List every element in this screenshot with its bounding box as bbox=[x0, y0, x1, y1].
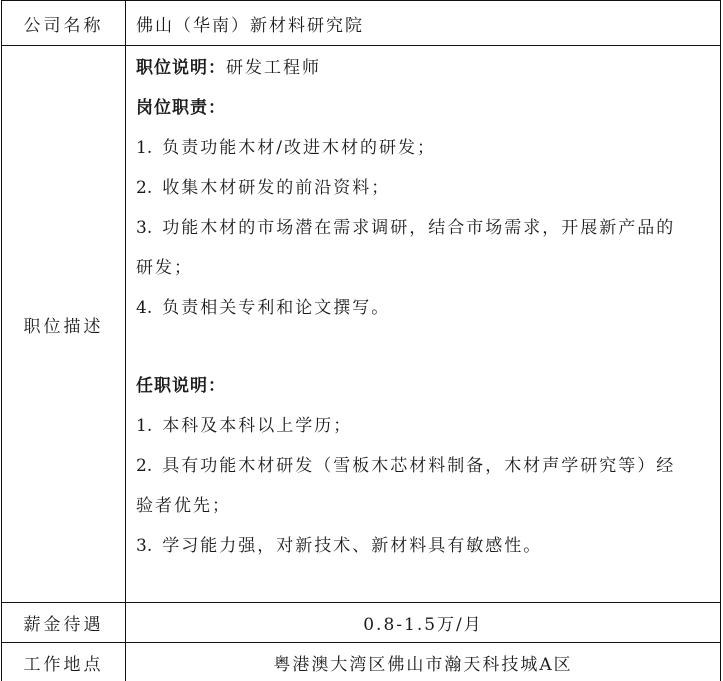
location-label: 工作地点 bbox=[2, 643, 126, 681]
duty-item-continuation: 研发； bbox=[136, 248, 712, 288]
duty-number: 3. bbox=[136, 218, 152, 238]
duty-number: 1. bbox=[136, 138, 152, 158]
requirements-heading: 任职说明： bbox=[136, 366, 712, 406]
company-label: 公司名称 bbox=[2, 1, 126, 46]
duty-text: 负责功能木材/改进木材的研发； bbox=[162, 138, 436, 158]
requirement-text: 学习能力强，对新技术、新材料具有敏感性。 bbox=[162, 536, 542, 556]
company-row: 公司名称 佛山（华南）新材料研究院 bbox=[2, 1, 721, 46]
description-label: 职位描述 bbox=[2, 46, 126, 603]
requirement-text: 具有功能木材研发（雪板木芯材料制备，木材声学研究等）经 bbox=[162, 456, 675, 476]
duty-text: 功能木材的市场潜在需求调研，结合市场需求，开展新产品的 bbox=[162, 218, 675, 238]
duty-number: 2. bbox=[136, 178, 152, 198]
company-value: 佛山（华南）新材料研究院 bbox=[126, 1, 721, 46]
salary-value: 0.8-1.5万/月 bbox=[126, 603, 721, 643]
position-title-line: 职位说明：研发工程师 bbox=[136, 48, 712, 88]
description-row: 职位描述 职位说明：研发工程师 岗位职责： 1.负责功能木材/改进木材的研发； … bbox=[2, 46, 721, 603]
duties-heading: 岗位职责： bbox=[136, 88, 712, 128]
requirement-number: 3. bbox=[136, 536, 152, 556]
salary-row: 薪金待遇 0.8-1.5万/月 bbox=[2, 603, 721, 643]
job-posting-table: 公司名称 佛山（华南）新材料研究院 职位描述 职位说明：研发工程师 岗位职责： … bbox=[1, 0, 721, 681]
description-content: 职位说明：研发工程师 岗位职责： 1.负责功能木材/改进木材的研发； 2.收集木… bbox=[126, 48, 720, 602]
salary-label: 薪金待遇 bbox=[2, 603, 126, 643]
duty-text: 收集木材研发的前沿资料； bbox=[162, 178, 390, 198]
position-title-label: 职位说明： bbox=[136, 58, 226, 78]
requirement-item: 2.具有功能木材研发（雪板木芯材料制备，木材声学研究等）经 bbox=[136, 446, 712, 486]
requirement-item-continuation: 验者优先； bbox=[136, 486, 712, 526]
duty-item: 2.收集木材研发的前沿资料； bbox=[136, 168, 712, 208]
spacer bbox=[136, 328, 712, 366]
position-title-value: 研发工程师 bbox=[226, 58, 321, 78]
location-row: 工作地点 粤港澳大湾区佛山市瀚天科技城A区 bbox=[2, 643, 721, 681]
requirement-item: 3.学习能力强，对新技术、新材料具有敏感性。 bbox=[136, 526, 712, 566]
duty-item: 4.负责相关专利和论文撰写。 bbox=[136, 288, 712, 328]
requirement-number: 1. bbox=[136, 416, 152, 436]
duty-text: 负责相关专利和论文撰写。 bbox=[162, 298, 390, 318]
location-value: 粤港澳大湾区佛山市瀚天科技城A区 bbox=[126, 643, 721, 681]
requirement-number: 2. bbox=[136, 456, 152, 476]
duty-item: 3.功能木材的市场潜在需求调研，结合市场需求，开展新产品的 bbox=[136, 208, 712, 248]
duty-number: 4. bbox=[136, 298, 152, 318]
requirement-item: 1.本科及本科以上学历； bbox=[136, 406, 712, 446]
description-cell: 职位说明：研发工程师 岗位职责： 1.负责功能木材/改进木材的研发； 2.收集木… bbox=[126, 46, 721, 603]
requirement-text: 本科及本科以上学历； bbox=[162, 416, 352, 436]
duty-item: 1.负责功能木材/改进木材的研发； bbox=[136, 128, 712, 168]
